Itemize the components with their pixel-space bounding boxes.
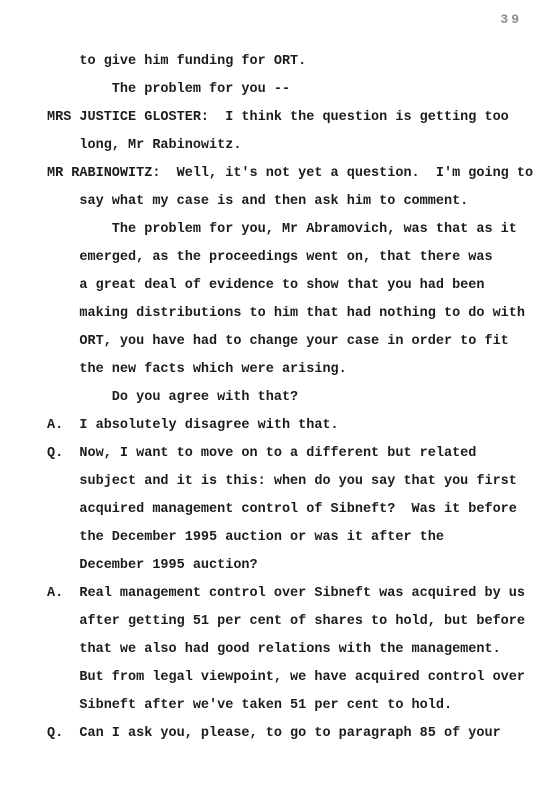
transcript-line: making distributions to him that had not… [47, 300, 558, 328]
page-number: 39 [500, 12, 522, 27]
transcript-line: MR RABINOWITZ: Well, it's not yet a ques… [47, 160, 558, 188]
transcript-line: A. I absolutely disagree with that. [47, 412, 558, 440]
transcript-line: long, Mr Rabinowitz. [47, 132, 558, 160]
transcript-line: Q. Now, I want to move on to a different… [47, 440, 558, 468]
transcript-line: the December 1995 auction or was it afte… [47, 524, 558, 552]
transcript-page: 39 to give him funding for ORT. The prob… [0, 0, 558, 789]
transcript-line: to give him funding for ORT. [47, 48, 558, 76]
transcript-body: to give him funding for ORT. The problem… [47, 48, 558, 748]
transcript-line: December 1995 auction? [47, 552, 558, 580]
transcript-line: emerged, as the proceedings went on, tha… [47, 244, 558, 272]
transcript-line: the new facts which were arising. [47, 356, 558, 384]
transcript-line: ORT, you have had to change your case in… [47, 328, 558, 356]
transcript-line: The problem for you, Mr Abramovich, was … [47, 216, 558, 244]
transcript-line: a great deal of evidence to show that yo… [47, 272, 558, 300]
transcript-line: Sibneft after we've taken 51 per cent to… [47, 692, 558, 720]
transcript-line: subject and it is this: when do you say … [47, 468, 558, 496]
transcript-line: The problem for you -- [47, 76, 558, 104]
transcript-line: Do you agree with that? [47, 384, 558, 412]
transcript-line: But from legal viewpoint, we have acquir… [47, 664, 558, 692]
transcript-line: after getting 51 per cent of shares to h… [47, 608, 558, 636]
transcript-line: acquired management control of Sibneft? … [47, 496, 558, 524]
transcript-line: say what my case is and then ask him to … [47, 188, 558, 216]
transcript-line: MRS JUSTICE GLOSTER: I think the questio… [47, 104, 558, 132]
transcript-line: that we also had good relations with the… [47, 636, 558, 664]
transcript-line: A. Real management control over Sibneft … [47, 580, 558, 608]
transcript-line: Q. Can I ask you, please, to go to parag… [47, 720, 558, 748]
